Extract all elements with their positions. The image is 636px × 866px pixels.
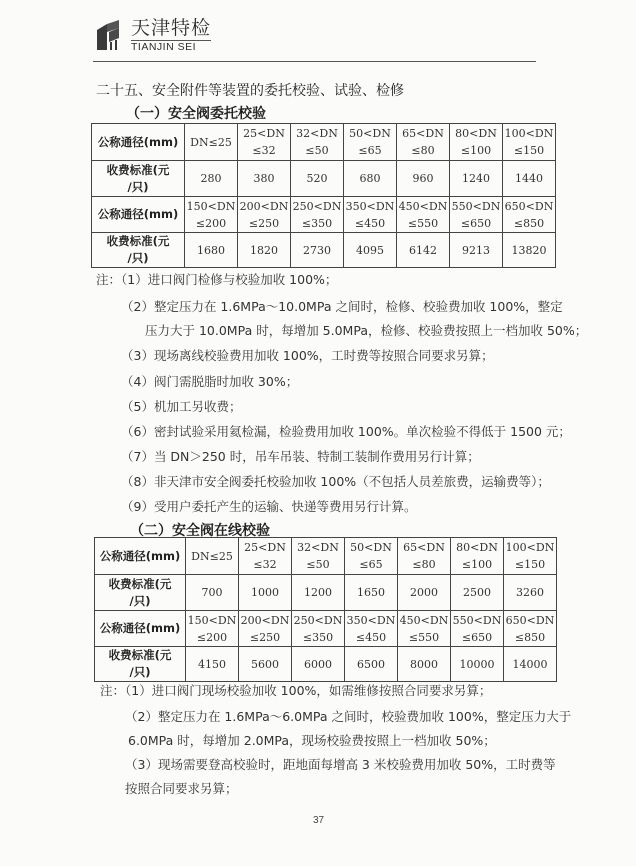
fee-row: 收费标准(元/只)28038052068096012401440 bbox=[92, 161, 556, 197]
table-cell: 14000 bbox=[504, 647, 557, 682]
logo-text: 天津特检 TIANJIN SEI bbox=[131, 19, 211, 53]
table-cell: 450<DN≤550 bbox=[397, 197, 450, 233]
table-cell: 250<DN≤350 bbox=[292, 611, 345, 647]
note-line: （3）现场离线校验费用加收 100%，工时费等按照合同要求另算； bbox=[121, 346, 494, 364]
table-cell: 6142 bbox=[397, 233, 450, 268]
diameter-row: 公称通径(mm)150<DN≤200200<DN≤250250<DN≤35035… bbox=[92, 197, 556, 233]
row-header: 公称通径(mm) bbox=[95, 611, 186, 647]
table-cell: 550<DN≤650 bbox=[450, 197, 503, 233]
table-cell: 350<DN≤450 bbox=[345, 611, 398, 647]
note-line: 注：（1）进口阀门现场校验加收 100%，如需维修按照合同要求另算； bbox=[100, 681, 491, 699]
table-cell: 550<DN≤650 bbox=[451, 611, 504, 647]
table-cell: 700 bbox=[186, 575, 239, 611]
note-line: 6.0MPa 时，每增加 2.0MPa，现场校验费按照上一档加收 50%； bbox=[128, 731, 496, 749]
table-cell: 25<DN≤32 bbox=[238, 124, 291, 161]
table-cell: 6000 bbox=[292, 647, 345, 682]
page-number: 37 bbox=[313, 815, 324, 826]
note-line: 压力大于 10.0MPa 时，每增加 5.0MPa，检修、校验费按照上一档加收 … bbox=[145, 321, 587, 339]
table-cell: 10000 bbox=[451, 647, 504, 682]
table-cell: 5600 bbox=[239, 647, 292, 682]
fee-row: 收费标准(元/只)700100012001650200025003260 bbox=[95, 575, 557, 611]
table-cell: 4095 bbox=[344, 233, 397, 268]
row-header: 公称通径(mm) bbox=[92, 124, 185, 161]
note-line: （3）现场需要登高校验时，距地面每增高 3 米校验费用加收 50%，工时费等 bbox=[125, 755, 556, 773]
note-line: （7）当 DN＞250 时，吊车吊装、特制工装制作费用另行计算； bbox=[121, 447, 480, 465]
table-cell: 32<DN≤50 bbox=[292, 538, 345, 575]
table-cell: 13820 bbox=[503, 233, 556, 268]
table-cell: 1440 bbox=[503, 161, 556, 197]
fee-table-entrusted-calibration: 公称通径(mm)DN≤2525<DN≤3232<DN≤5050<DN≤6565<… bbox=[91, 123, 556, 268]
table-cell: 80<DN≤100 bbox=[450, 124, 503, 161]
row-header: 收费标准(元/只) bbox=[92, 161, 185, 197]
table-cell: 1000 bbox=[239, 575, 292, 611]
table-cell: 650<DN≤850 bbox=[504, 611, 557, 647]
table-cell: 650<DN≤850 bbox=[503, 197, 556, 233]
note-line: 按照合同要求另算； bbox=[125, 779, 238, 797]
table-cell: 280 bbox=[185, 161, 238, 197]
row-header: 公称通径(mm) bbox=[95, 538, 186, 575]
row-header: 收费标准(元/只) bbox=[95, 647, 186, 682]
table-cell: 100<DN≤150 bbox=[503, 124, 556, 161]
table-cell: 25<DN≤32 bbox=[239, 538, 292, 575]
row-header: 收费标准(元/只) bbox=[92, 233, 185, 268]
table-cell: 200<DN≤250 bbox=[239, 611, 292, 647]
table-cell: 65<DN≤80 bbox=[397, 124, 450, 161]
note-line: （6）密封试验采用氦检漏，检验费用加收 100%。单次检验不得低于 1500 元… bbox=[121, 422, 571, 440]
table-cell: 2500 bbox=[451, 575, 504, 611]
table-cell: 8000 bbox=[398, 647, 451, 682]
table-cell: 50<DN≤65 bbox=[344, 124, 397, 161]
fee-table-online-calibration: 公称通径(mm)DN≤2525<DN≤3232<DN≤5050<DN≤6565<… bbox=[94, 537, 557, 682]
table-cell: 32<DN≤50 bbox=[291, 124, 344, 161]
table-cell: 520 bbox=[291, 161, 344, 197]
tianjin-sei-logo-icon bbox=[93, 18, 127, 52]
table-cell: 1820 bbox=[238, 233, 291, 268]
fee-row: 收费标准(元/只)415056006000650080001000014000 bbox=[95, 647, 557, 682]
table-cell: 1240 bbox=[450, 161, 503, 197]
diameter-row: 公称通径(mm)150<DN≤200200<DN≤250250<DN≤35035… bbox=[95, 611, 557, 647]
logo-english-name: TIANJIN SEI bbox=[131, 40, 211, 53]
diameter-row: 公称通径(mm)DN≤2525<DN≤3232<DN≤5050<DN≤6565<… bbox=[95, 538, 557, 575]
table-cell: 2730 bbox=[291, 233, 344, 268]
table-cell: 9213 bbox=[450, 233, 503, 268]
table-cell: 1650 bbox=[345, 575, 398, 611]
logo-chinese-name: 天津特检 bbox=[131, 19, 211, 38]
table-cell: 80<DN≤100 bbox=[451, 538, 504, 575]
diameter-row: 公称通径(mm)DN≤2525<DN≤3232<DN≤5050<DN≤6565<… bbox=[92, 124, 556, 161]
subsection-title-1: （一）安全阀委托校验 bbox=[126, 103, 266, 123]
table-cell: 200<DN≤250 bbox=[238, 197, 291, 233]
table-cell: 350<DN≤450 bbox=[344, 197, 397, 233]
fee-row: 收费标准(元/只)16801820273040956142921313820 bbox=[92, 233, 556, 268]
table-cell: 65<DN≤80 bbox=[398, 538, 451, 575]
table-cell: 680 bbox=[344, 161, 397, 197]
note-line: （2）整定压力在 1.6MPa～10.0MPa 之间时，检修、校验费加收 100… bbox=[121, 297, 563, 315]
row-header: 公称通径(mm) bbox=[92, 197, 185, 233]
note-line: 注：（1）进口阀门检修与校验加收 100%； bbox=[96, 270, 337, 288]
table-cell: 150<DN≤200 bbox=[186, 611, 239, 647]
table-cell: 1200 bbox=[292, 575, 345, 611]
table-cell: 100<DN≤150 bbox=[504, 538, 557, 575]
note-line: （9）受用户委托产生的运输、快递等费用另行计算。 bbox=[121, 497, 416, 515]
table-cell: 960 bbox=[397, 161, 450, 197]
note-line: （5）机加工另收费； bbox=[121, 397, 241, 415]
table-cell: 250<DN≤350 bbox=[291, 197, 344, 233]
row-header: 收费标准(元/只) bbox=[95, 575, 186, 611]
section-title: 二十五、安全附件等装置的委托校验、试验、检修 bbox=[96, 80, 404, 100]
table-cell: 50<DN≤65 bbox=[345, 538, 398, 575]
table-cell: 380 bbox=[238, 161, 291, 197]
note-line: （4）阀门需脱脂时加收 30%； bbox=[121, 372, 298, 390]
table-cell: 1680 bbox=[185, 233, 238, 268]
header-divider bbox=[93, 61, 536, 62]
table-cell: 3260 bbox=[504, 575, 557, 611]
table-cell: 150<DN≤200 bbox=[185, 197, 238, 233]
table-cell: 4150 bbox=[186, 647, 239, 682]
note-line: （8）非天津市安全阀委托校验加收 100%（不包括人员差旅费，运输费等）； bbox=[121, 472, 550, 490]
table-cell: DN≤25 bbox=[186, 538, 239, 575]
table-cell: DN≤25 bbox=[185, 124, 238, 161]
document-header: 天津特检 TIANJIN SEI bbox=[93, 18, 211, 52]
table-cell: 450<DN≤550 bbox=[398, 611, 451, 647]
table-cell: 6500 bbox=[345, 647, 398, 682]
note-line: （2）整定压力在 1.6MPa～6.0MPa 之间时，校验费加收 100%，整定… bbox=[125, 707, 571, 725]
table-cell: 2000 bbox=[398, 575, 451, 611]
